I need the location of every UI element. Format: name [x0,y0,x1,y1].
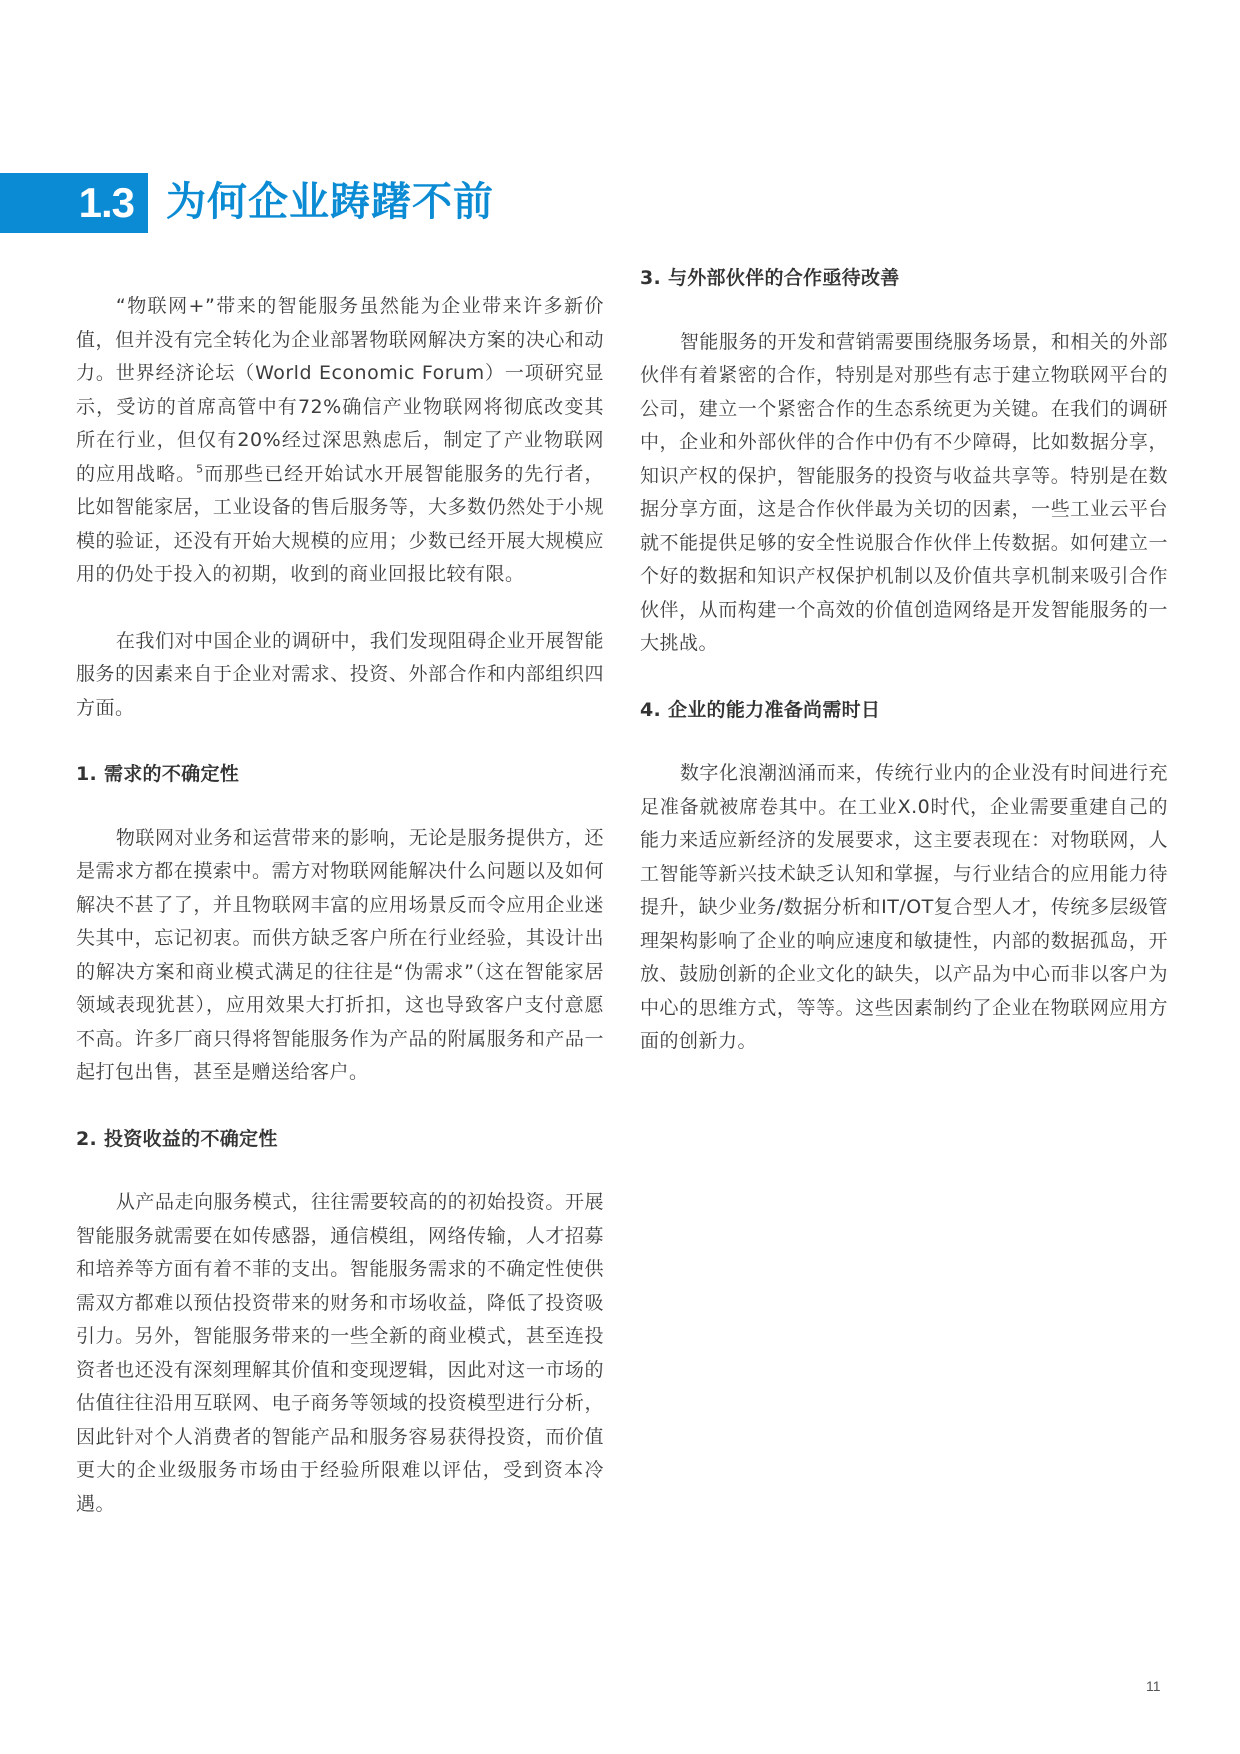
paragraph-capability-readiness: 数字化浪潮汹涌而来，传统行业内的企业没有时间进行充足准备就被席卷其中。在工业X.… [640,757,1168,1059]
subheading-capability-readiness: 4. 企业的能力准备尚需时日 [640,694,1168,728]
paragraph-investment-uncertainty: 从产品走向服务模式，往往需要较高的的初始投资。开展智能服务就需要在如传感器，通信… [76,1186,604,1521]
section-title: 为何企业踌躇不前 [166,176,494,228]
intro-paragraph-1-text: “物联网+”带来的智能服务虽然能为企业带来许多新价值，但并没有完全转化为企业部署… [76,295,604,485]
footnote-marker[interactable]: 5 [196,462,204,475]
subheading-demand-uncertainty: 1. 需求的不确定性 [76,758,604,792]
subheading-investment-uncertainty: 2. 投资收益的不确定性 [76,1123,604,1157]
subheading-partner-cooperation: 3. 与外部伙伴的合作亟待改善 [640,262,1168,296]
page-number: 11 [1146,1678,1161,1694]
left-column: “物联网+”带来的智能服务虽然能为企业带来许多新价值，但并没有完全转化为企业部署… [76,290,604,1521]
paragraph-demand-uncertainty: 物联网对业务和运营带来的影响，无论是服务提供方，还是需求方都在摸索中。需方对物联… [76,822,604,1090]
section-number-banner: 1.3 [0,173,148,233]
paragraph-partner-cooperation: 智能服务的开发和营销需要围绕服务场景，和相关的外部伙伴有着紧密的合作，特别是对那… [640,326,1168,661]
intro-paragraph-1: “物联网+”带来的智能服务虽然能为企业带来许多新价值，但并没有完全转化为企业部署… [76,290,604,592]
right-column: 3. 与外部伙伴的合作亟待改善 智能服务的开发和营销需要围绕服务场景，和相关的外… [640,290,1168,1059]
intro-paragraph-2: 在我们对中国企业的调研中，我们发现阻碍企业开展智能服务的因素来自于企业对需求、投… [76,625,604,726]
section-number: 1.3 [79,179,134,227]
